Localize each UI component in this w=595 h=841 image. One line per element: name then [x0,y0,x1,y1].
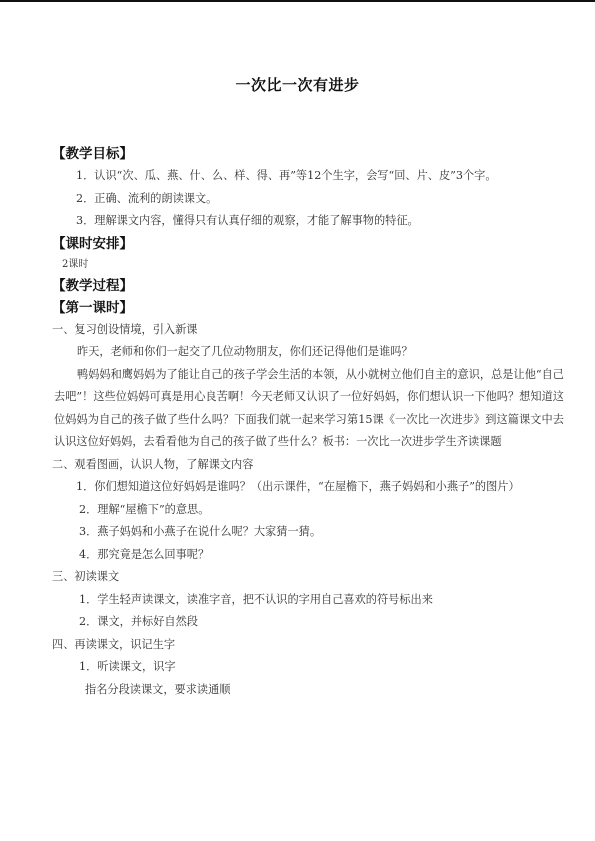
part-2-item-3: 3．燕子妈妈和小燕子在说什么呢？大家猜一猜。 [54,521,564,544]
heading-teaching-process: 【教学过程】 [52,275,564,297]
part-1-paragraph-2: 鸭妈妈和鹰妈妈为了能让自己的孩子学会生活的本领，从小就树立他们自主的意识，总是让… [54,364,564,454]
schedule-text: 2课时 [54,255,564,275]
heading-teaching-goals: 【教学目标】 [52,143,564,165]
goal-item-3: 3．理解课文内容，懂得只有认真仔细的观察，才能了解事物的特征。 [54,210,564,233]
part-1-title: 一、复习创设情境，引入新课 [52,319,564,342]
part-3-item-1: 1．学生轻声读课文，读准字音，把不认识的字用自己喜欢的符号标出来 [54,589,564,612]
part-3-item-2: 2．课文，并标好自然段 [54,611,564,634]
heading-schedule: 【课时安排】 [52,233,564,255]
part-2-item-1: 1．你们想知道这位好妈妈是谁吗？（出示课件，“在屋檐下，燕子妈妈和小燕子”的图片… [54,476,564,499]
heading-first-lesson: 【第一课时】 [52,297,564,319]
part-2-item-4: 4．那究竟是怎么回事呢？ [54,544,564,567]
part-4-title: 四、再读课文，识记生字 [52,634,564,657]
page-top-border [0,0,595,2]
part-1-paragraph-1: 昨天，老师和你们一起交了几位动物朋友，你们还记得他们是谁吗？ [54,341,564,364]
part-2-item-2: 2．理解“屋檐下”的意思。 [54,499,564,522]
goal-item-1: 1．认识“次、瓜、燕、什、么、样、得、再”等12个生字，会写“回、片、皮”3个字… [54,165,564,188]
document-body: 【教学目标】 1．认识“次、瓜、燕、什、么、样、得、再”等12个生字，会写“回、… [54,143,564,701]
part-4-note: 指名分段读课文，要求读通顺 [54,679,564,702]
part-4-item-1: 1．听读课文，识字 [54,656,564,679]
part-3-title: 三、初读课文 [52,566,564,589]
document-title: 一次比一次有进步 [0,74,595,95]
part-2-title: 二、观看图画，认识人物，了解课文内容 [52,454,564,477]
goal-item-2: 2．正确、流利的朗读课文。 [54,188,564,211]
